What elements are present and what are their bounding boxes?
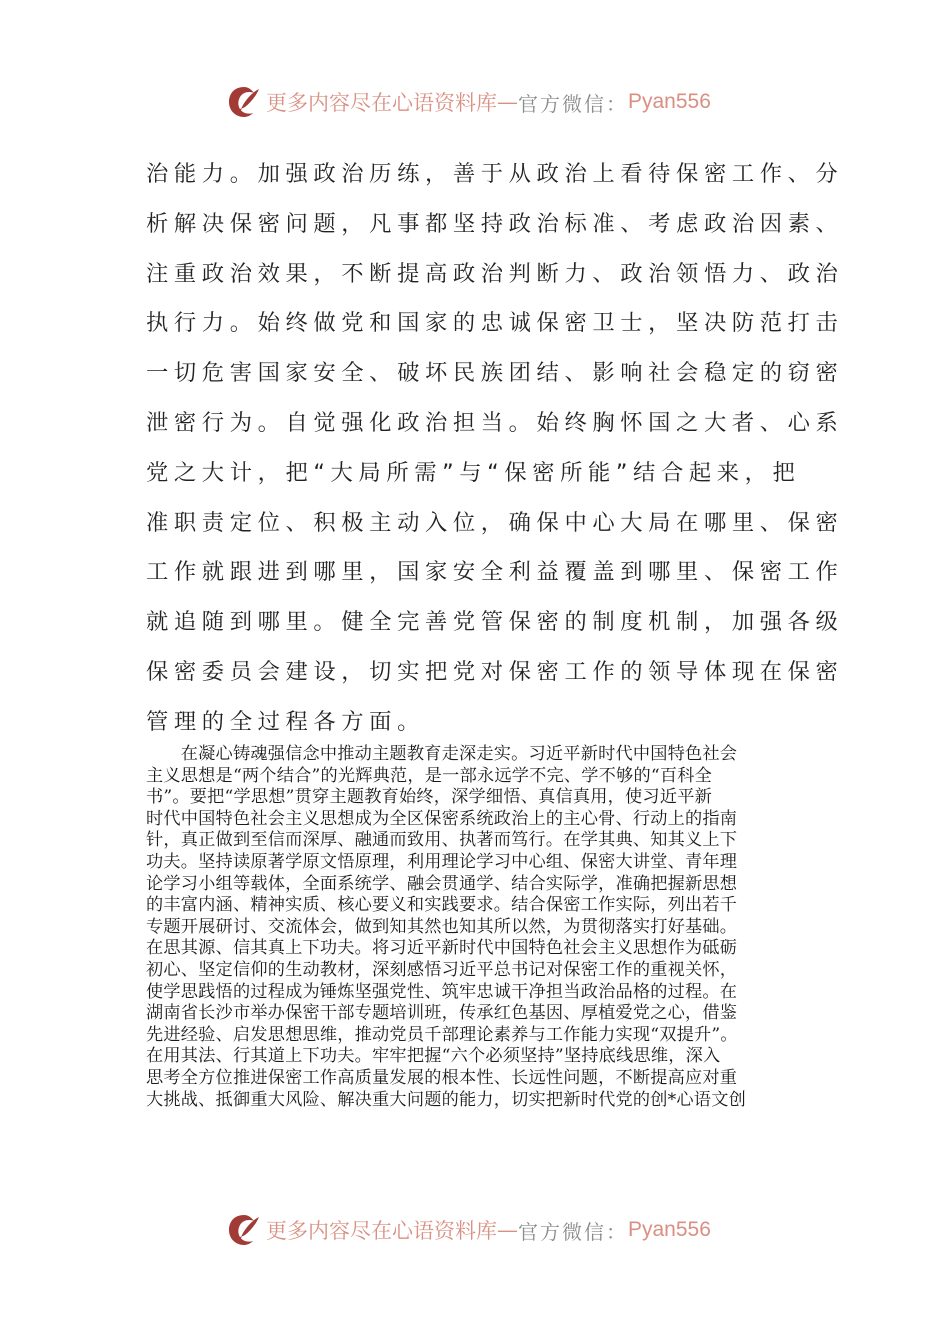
footer-watermark: 更多内容尽在心语资料库—官方微信：Pyan556 (226, 1210, 711, 1250)
text-line: 工作就跟进到哪里，国家安全利益覆盖到哪里、保密工作 (146, 548, 796, 598)
text-line: 治能力。加强政治历练，善于从政治上看待保密工作、分 (146, 150, 796, 200)
watermark-wechat-id: Pyan556 (628, 1218, 711, 1242)
text-line: 泄密行为。自觉强化政治担当。始终胸怀国之大者、心系 (146, 399, 796, 449)
text-line: 就追随到哪里。健全完善党管保密的制度机制，加强各级 (146, 598, 796, 648)
text-line: 思考全方位推进保密工作高质量发展的根本性、长远性问题，不断提高应对重 (146, 1068, 826, 1090)
watermark-site-name: 更多内容尽在心语资料库 (266, 1215, 497, 1245)
text-line: 的丰富内涵、精神实质、核心要义和实践要求。结合保密工作实际，列出若千 (146, 895, 826, 917)
text-line: 书”。要把“学思想”贯穿主题教育始终，深学细悟、真信真用，使习近平新 (146, 787, 826, 809)
text-line: 功夫。坚持读原著学原文悟原理，利用理论学习中心组、保密大讲堂、青年理 (146, 852, 826, 874)
text-line: 在用其法、行其道上下功夫。牢牢把握“六个必须坚持”坚持底线思维，深入 (146, 1046, 826, 1068)
small-paragraph: 在凝心铸魂强信念中推动主题教育走深走实。习近平新时代中国特色社会 主义思想是“两… (146, 744, 826, 1111)
text-line: 保密委员会建设，切实把党对保密工作的领导体现在保密 (146, 648, 796, 698)
text-line: 在思其源、信其真上下功夫。将习近平新时代中国特色社会主义思想作为砥砺 (146, 938, 826, 960)
text-line: 主义思想是“两个结合”的光辉典范，是一部永远学不完、学不够的“百科全 (146, 766, 826, 788)
text-line: 注重政治效果，不断提高政治判断力、政治领悟力、政治 (146, 250, 796, 300)
text-line: 初心、坚定信仰的生动教材，深刻感悟习近平总书记对保密工作的重视关怀， (146, 960, 826, 982)
quill-pen-logo-icon (226, 84, 262, 120)
text-line: 针，真正做到至信而深厚、融通而致用、执著而笃行。在学其典、知其义上下 (146, 830, 826, 852)
text-line: 党之大计，把“大局所需”与“保密所能”结合起来，把 (146, 449, 796, 499)
watermark-official-label: 官方微信： (518, 1216, 628, 1245)
text-line: 析解决保密问题，凡事都坚持政治标准、考虑政治因素、 (146, 200, 796, 250)
text-line: 时代中国特色社会主义思想成为全区保密系统政治上的主心骨、行动上的指南 (146, 809, 826, 831)
text-line: 湖南省长沙市举办保密干部专题培训班，传承红色基因、厚植爱党之心，借鉴 (146, 1003, 826, 1025)
watermark-dash: — (497, 1218, 518, 1242)
text-line: 论学习小组等载体，全面系统学、融会贯通学、结合实际学，准确把握新思想 (146, 874, 826, 896)
text-line: 一切危害国家安全、破坏民族团结、影响社会稳定的窃密 (146, 349, 796, 399)
large-paragraph: 治能力。加强政治历练，善于从政治上看待保密工作、分 析解决保密问题，凡事都坚持政… (146, 150, 796, 748)
header-watermark: 更多内容尽在心语资料库—官方微信：Pyan556 (226, 82, 711, 122)
text-line: 大挑战、抵御重大风险、解决重大问题的能力，切实把新时代党的创*心语文创 (146, 1090, 826, 1112)
text-line: 先进经验、启发思想思维，推动党员千部理论素养与工作能力实现“双提升”。 (146, 1025, 826, 1047)
text-line: 专题开展研讨、交流体会，做到知其然也知其所以然，为贯彻落实打好基础。 (146, 917, 826, 939)
text-line: 在凝心铸魂强信念中推动主题教育走深走实。习近平新时代中国特色社会 (146, 744, 826, 766)
watermark-official-label: 官方微信： (518, 88, 628, 117)
text-line: 执行力。始终做党和国家的忠诚保密卫士，坚决防范打击 (146, 299, 796, 349)
text-line: 准职责定位、积极主动入位，确保中心大局在哪里、保密 (146, 499, 796, 549)
quill-pen-logo-icon (226, 1212, 262, 1248)
text-line: 管理的全过程各方面。 (146, 698, 796, 748)
watermark-dash: — (497, 90, 518, 114)
watermark-wechat-id: Pyan556 (628, 90, 711, 114)
watermark-site-name: 更多内容尽在心语资料库 (266, 87, 497, 117)
text-line: 使学思践悟的过程成为锤炼坚强党性、筑牢忠诚干净担当政治品格的过程。在 (146, 982, 826, 1004)
